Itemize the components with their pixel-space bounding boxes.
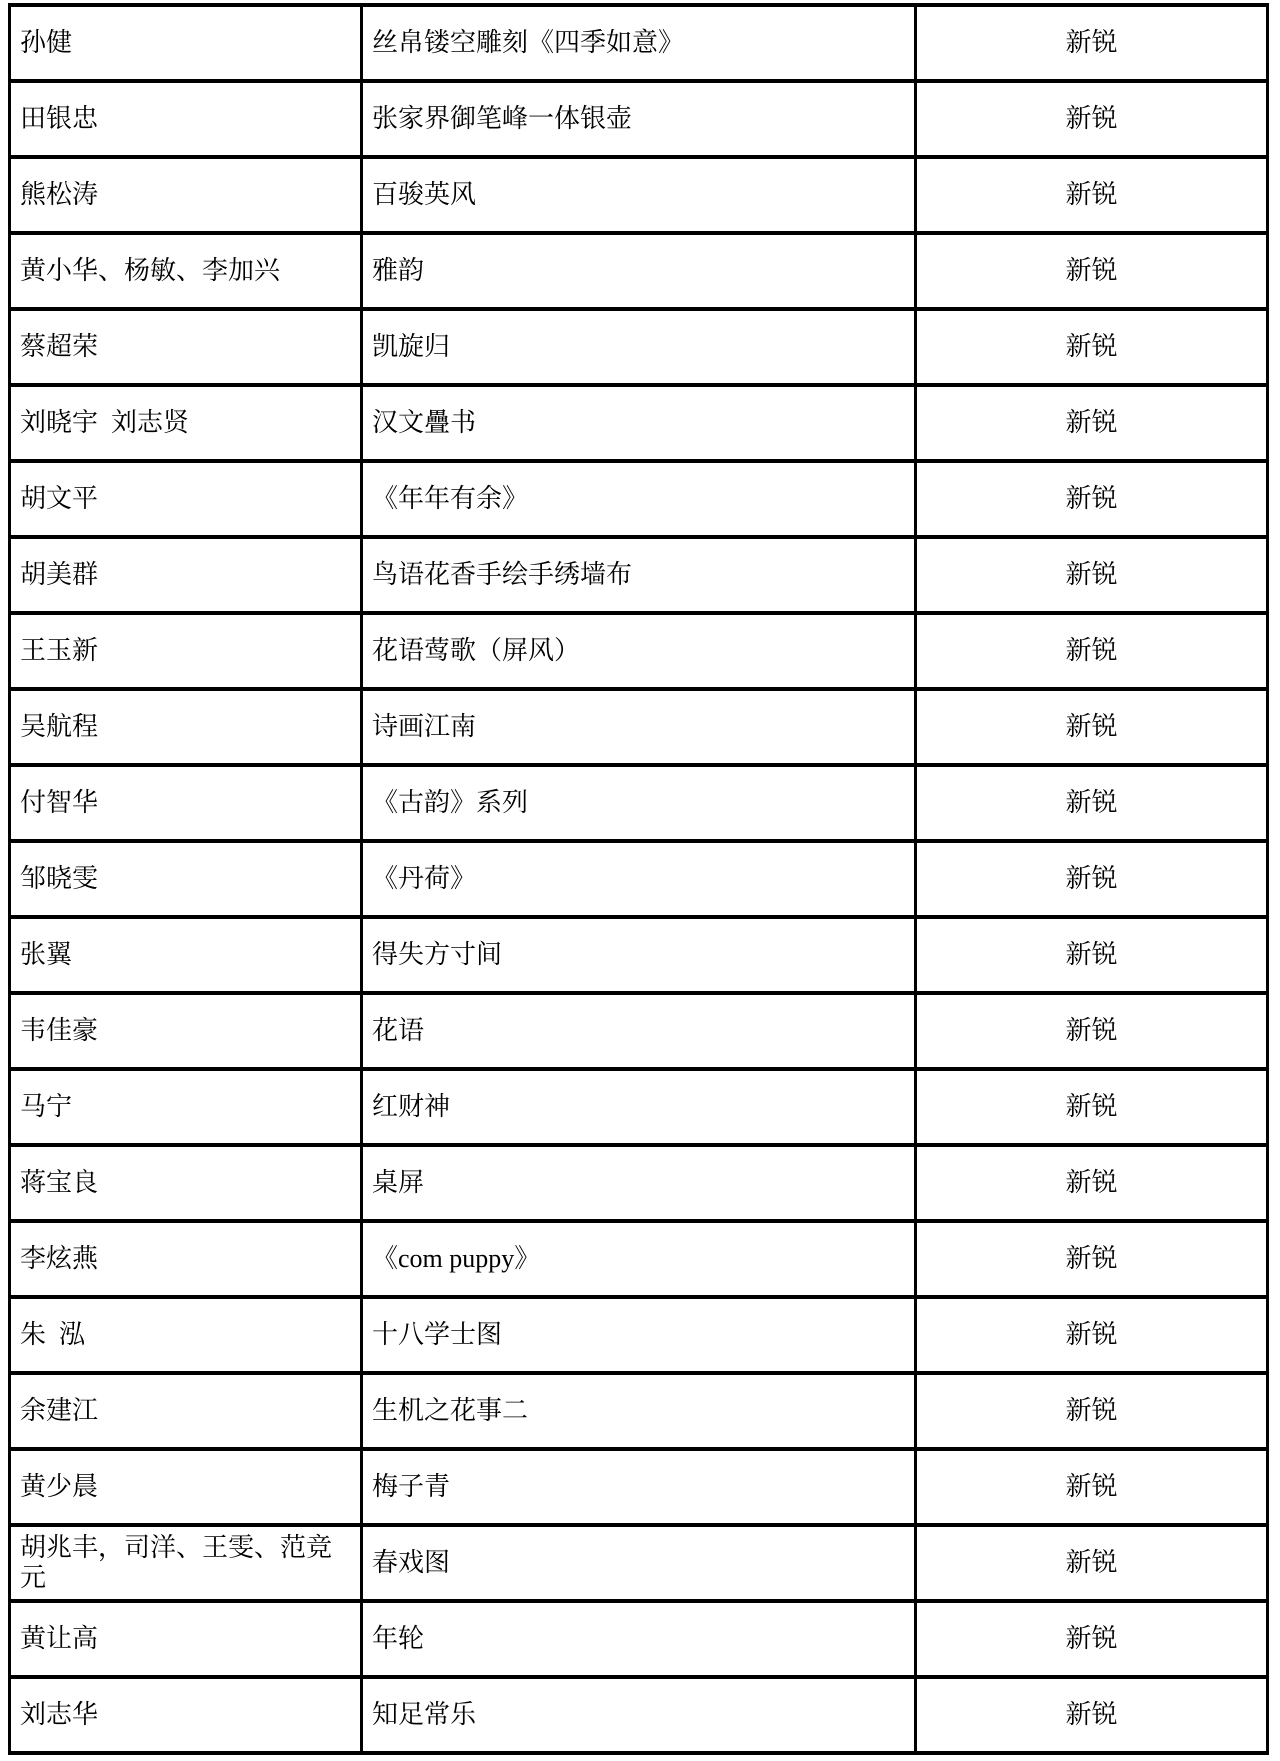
award-category-cell: 新锐 (916, 1601, 1268, 1677)
table-row: 朱 泓 十八学士图 新锐 (10, 1297, 1268, 1373)
table-row: 邹晓雯 《丹荷》 新锐 (10, 841, 1268, 917)
author-cell: 黄让高 (10, 1601, 362, 1677)
work-title-cell: 得失方寸间 (362, 917, 916, 993)
work-title-cell: 生机之花事二 (362, 1373, 916, 1449)
author-cell: 胡文平 (10, 461, 362, 537)
author-cell: 马宁 (10, 1069, 362, 1145)
award-category-cell: 新锐 (916, 1221, 1268, 1297)
table-row: 蔡超荣 凯旋归 新锐 (10, 309, 1268, 385)
author-cell: 张翼 (10, 917, 362, 993)
work-title-cell: 年轮 (362, 1601, 916, 1677)
author-cell: 朱 泓 (10, 1297, 362, 1373)
table-row: 付智华 《古韵》系列 新锐 (10, 765, 1268, 841)
author-cell: 蔡超荣 (10, 309, 362, 385)
award-category-cell: 新锐 (916, 613, 1268, 689)
work-title-cell: 春戏图 (362, 1525, 916, 1601)
work-title-cell: 丝帛镂空雕刻《四季如意》 (362, 5, 916, 81)
table-row: 田银忠 张家界御笔峰一体银壶 新锐 (10, 81, 1268, 157)
table-row: 蒋宝良 桌屏 新锐 (10, 1145, 1268, 1221)
author-cell: 付智华 (10, 765, 362, 841)
award-category-cell: 新锐 (916, 157, 1268, 233)
table-row: 黄少晨 梅子青 新锐 (10, 1449, 1268, 1525)
table-row: 余建江 生机之花事二 新锐 (10, 1373, 1268, 1449)
award-entries-table: 孙健 丝帛镂空雕刻《四季如意》 新锐 田银忠 张家界御笔峰一体银壶 新锐 熊松涛… (8, 3, 1269, 1755)
table-row: 胡文平 《年年有余》 新锐 (10, 461, 1268, 537)
table-row: 孙健 丝帛镂空雕刻《四季如意》 新锐 (10, 5, 1268, 81)
work-title-cell: 汉文疊书 (362, 385, 916, 461)
award-category-cell: 新锐 (916, 1145, 1268, 1221)
author-cell: 王玉新 (10, 613, 362, 689)
work-title-cell: 桌屏 (362, 1145, 916, 1221)
author-cell: 田银忠 (10, 81, 362, 157)
award-category-cell: 新锐 (916, 461, 1268, 537)
work-title-cell: 凯旋归 (362, 309, 916, 385)
table-row: 熊松涛 百骏英风 新锐 (10, 157, 1268, 233)
award-category-cell: 新锐 (916, 765, 1268, 841)
award-category-cell: 新锐 (916, 1525, 1268, 1601)
author-cell: 黄少晨 (10, 1449, 362, 1525)
award-category-cell: 新锐 (916, 1373, 1268, 1449)
author-cell: 邹晓雯 (10, 841, 362, 917)
author-cell: 韦佳豪 (10, 993, 362, 1069)
table-row: 黄小华、杨敏、李加兴 雅韵 新锐 (10, 233, 1268, 309)
award-category-cell: 新锐 (916, 1677, 1268, 1753)
author-cell: 熊松涛 (10, 157, 362, 233)
table-row: 韦佳豪 花语 新锐 (10, 993, 1268, 1069)
work-title-cell: 《丹荷》 (362, 841, 916, 917)
work-title-cell: 《古韵》系列 (362, 765, 916, 841)
work-title-cell: 诗画江南 (362, 689, 916, 765)
work-title-cell: 鸟语花香手绘手绣墙布 (362, 537, 916, 613)
table-row: 马宁 红财神 新锐 (10, 1069, 1268, 1145)
table-row: 胡美群 鸟语花香手绘手绣墙布 新锐 (10, 537, 1268, 613)
author-cell: 吴航程 (10, 689, 362, 765)
work-title-cell: 十八学士图 (362, 1297, 916, 1373)
work-title-cell: 《年年有余》 (362, 461, 916, 537)
author-cell: 胡美群 (10, 537, 362, 613)
author-cell: 刘晓宇 刘志贤 (10, 385, 362, 461)
author-cell: 黄小华、杨敏、李加兴 (10, 233, 362, 309)
table-row: 张翼 得失方寸间 新锐 (10, 917, 1268, 993)
award-category-cell: 新锐 (916, 1449, 1268, 1525)
table-row: 李炫燕 《com puppy》 新锐 (10, 1221, 1268, 1297)
work-title-cell: 雅韵 (362, 233, 916, 309)
award-category-cell: 新锐 (916, 385, 1268, 461)
award-category-cell: 新锐 (916, 233, 1268, 309)
table-row: 黄让高 年轮 新锐 (10, 1601, 1268, 1677)
table-row: 刘志华 知足常乐 新锐 (10, 1677, 1268, 1753)
work-title-cell: 张家界御笔峰一体银壶 (362, 81, 916, 157)
award-category-cell: 新锐 (916, 5, 1268, 81)
table-row: 吴航程 诗画江南 新锐 (10, 689, 1268, 765)
work-title-cell: 红财神 (362, 1069, 916, 1145)
award-category-cell: 新锐 (916, 689, 1268, 765)
author-cell: 刘志华 (10, 1677, 362, 1753)
author-cell: 余建江 (10, 1373, 362, 1449)
award-category-cell: 新锐 (916, 841, 1268, 917)
award-category-cell: 新锐 (916, 537, 1268, 613)
award-category-cell: 新锐 (916, 309, 1268, 385)
award-category-cell: 新锐 (916, 1069, 1268, 1145)
work-title-cell: 百骏英风 (362, 157, 916, 233)
author-cell: 孙健 (10, 5, 362, 81)
author-cell: 蒋宝良 (10, 1145, 362, 1221)
award-category-cell: 新锐 (916, 993, 1268, 1069)
table-row: 王玉新 花语莺歌（屏风） 新锐 (10, 613, 1268, 689)
award-category-cell: 新锐 (916, 81, 1268, 157)
work-title-cell: 知足常乐 (362, 1677, 916, 1753)
work-title-cell: 《com puppy》 (362, 1221, 916, 1297)
work-title-cell: 花语莺歌（屏风） (362, 613, 916, 689)
author-cell: 胡兆丰，司洋、王雯、范竞元 (10, 1525, 362, 1601)
work-title-cell: 花语 (362, 993, 916, 1069)
award-category-cell: 新锐 (916, 917, 1268, 993)
table-row: 胡兆丰，司洋、王雯、范竞元 春戏图 新锐 (10, 1525, 1268, 1601)
work-title-cell: 梅子青 (362, 1449, 916, 1525)
author-cell: 李炫燕 (10, 1221, 362, 1297)
table-row: 刘晓宇 刘志贤 汉文疊书 新锐 (10, 385, 1268, 461)
award-category-cell: 新锐 (916, 1297, 1268, 1373)
